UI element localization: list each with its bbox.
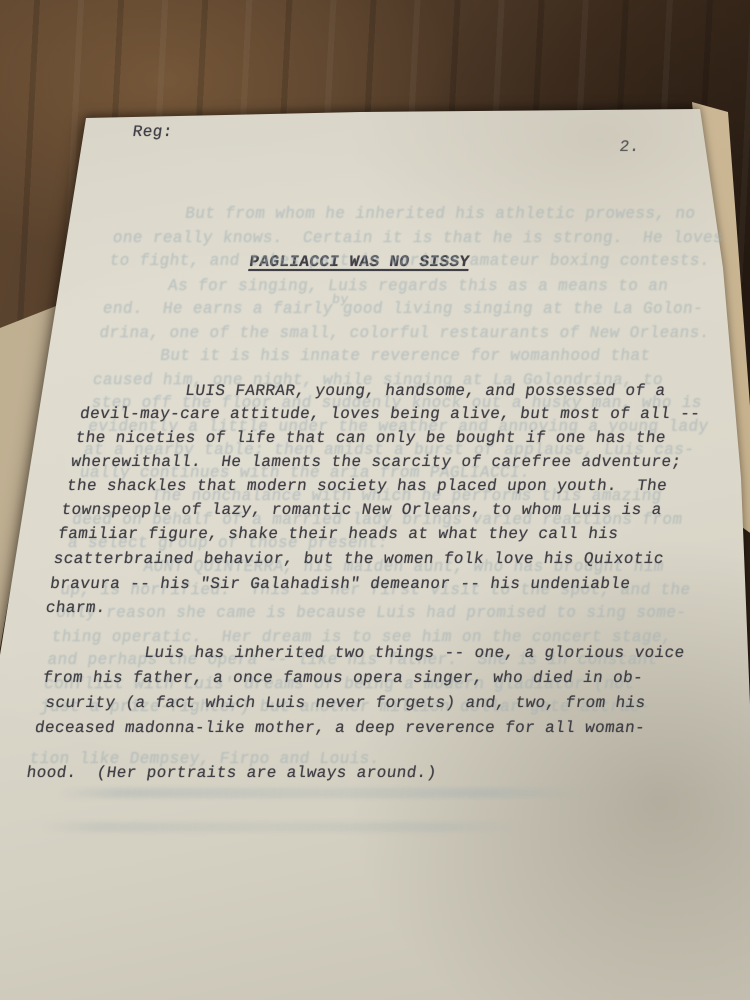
typed-line: hood. (Her portraits are always around.) — [26, 765, 438, 781]
typed-text-layer: Reg: 2. PAGLIACCI WAS NO SISSY But from … — [0, 0, 750, 1000]
ghost-line: to fight, and takes part in various amat… — [108, 253, 710, 269]
ghost-line: But it is his innate reverence for woman… — [159, 348, 651, 364]
ghost-line: As for singing, Luis regards this as a m… — [167, 278, 669, 294]
typed-line: the niceties of life that can only be bo… — [75, 430, 667, 446]
typed-line: bravura -- his "Sir Galahadish" demeanor… — [49, 576, 631, 592]
typed-line: the shackles that modern society has pla… — [66, 478, 668, 494]
typed-line: devil-may-care attitude, loves being ali… — [79, 406, 701, 422]
faint-bleedthrough-smudge — [56, 788, 587, 798]
typed-line: LUIS FARRAR, young, handsome, and posses… — [184, 383, 666, 399]
header-reg-label: Reg: — [132, 124, 174, 140]
typed-line: deceased madonna-like mother, a deep rev… — [34, 720, 646, 736]
typed-line: Luis has inherited two things -- one, a … — [143, 645, 685, 661]
ghost-line: But from whom he inherited his athletic … — [184, 206, 696, 222]
ghost-line: end. He earns a fairly good living singi… — [102, 301, 704, 317]
faint-bleedthrough-smudge — [41, 822, 522, 832]
typed-line: familiar figure, shake their heads at wh… — [57, 526, 619, 542]
ghost-line: thing operatic. Her dream is to see him … — [51, 629, 673, 645]
typed-line: from his father, a once famous opera sin… — [42, 670, 644, 686]
typed-line: charm. — [45, 600, 107, 616]
typed-line: townspeople of lazy, romantic New Orlean… — [60, 502, 662, 518]
ghost-line: one really knows. Certain it is that he … — [112, 230, 724, 246]
typed-line: scatterbrained behavior, but the women f… — [53, 551, 665, 567]
ghost-line: only reason she came is because Luis had… — [55, 605, 687, 621]
typed-line: wherewithall. He laments the scarcity of… — [70, 454, 682, 470]
typed-line: scurity (a fact which Luis never forgets… — [44, 695, 646, 711]
photo-of-manuscript: Reg: 2. PAGLIACCI WAS NO SISSY But from … — [0, 0, 750, 1000]
page-number: 2. — [618, 139, 640, 155]
ghost-line: drina, one of the small, colorful restau… — [98, 325, 710, 341]
